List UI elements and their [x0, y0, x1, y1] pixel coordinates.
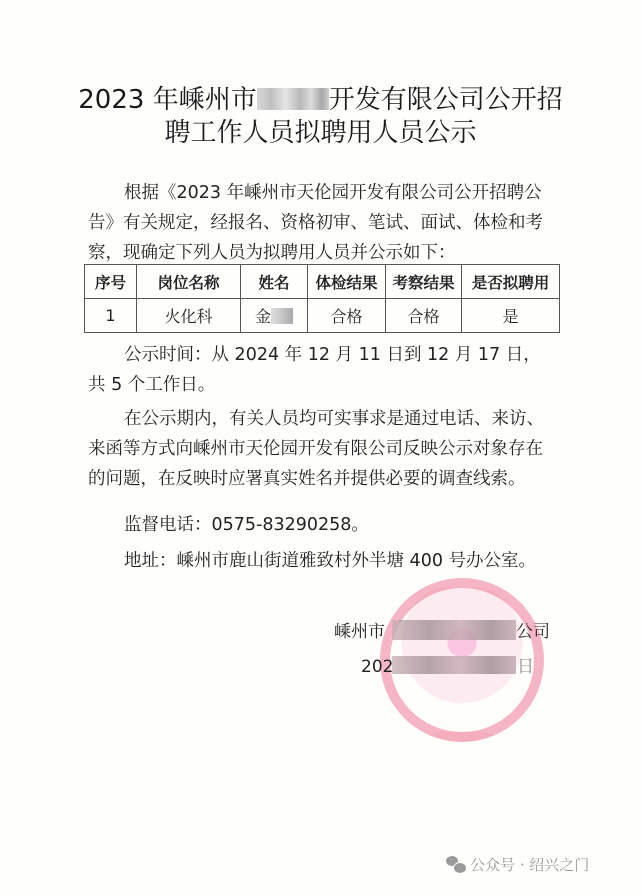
signature-org-suffix: 公司	[516, 620, 550, 644]
header-inspection: 考察结果	[386, 265, 462, 299]
intro-paragraph: 根据《2023 年嵊州市天伦园开发有限公司公开招聘公告》有关规定，经报名、资格初…	[88, 178, 558, 268]
signature-org-prefix: 嵊州市	[334, 620, 385, 644]
cell-inspection: 合格	[386, 299, 462, 333]
header-name: 姓名	[241, 265, 308, 299]
notice-title-line2: 聘工作人员拟聘用人员公示	[0, 115, 641, 151]
header-no: 序号	[85, 265, 137, 299]
redacted-name	[271, 308, 293, 324]
header-medical: 体检结果	[308, 265, 386, 299]
redacted-seal-date	[392, 656, 516, 674]
cell-name: 金	[241, 299, 308, 333]
header-hired: 是否拟聘用	[462, 265, 560, 299]
signature-date-prefix: 202	[361, 655, 393, 679]
table-row: 1 火化科 金 合格 合格 是	[85, 299, 560, 333]
title-suffix: 开发有限公司公开招	[329, 85, 563, 115]
signature-date-suffix: 日	[517, 655, 534, 679]
phone-line: 监督电话：0575-83290258。	[88, 510, 558, 540]
period-paragraph: 公示时间：从 2024 年 12 月 11 日到 12 月 17 日，共 5 个…	[88, 340, 558, 400]
title-prefix: 2023 年嵊州市	[78, 85, 256, 115]
redacted-seal-org	[392, 620, 516, 640]
cell-hired: 是	[462, 299, 560, 333]
notice-title-line1: 2023 年嵊州市开发有限公司公开招	[0, 82, 641, 118]
cell-no: 1	[85, 299, 137, 333]
cell-position: 火化科	[137, 299, 241, 333]
header-position: 岗位名称	[137, 265, 241, 299]
wechat-watermark: 公众号 · 绍兴之门	[446, 854, 589, 875]
wechat-icon	[446, 856, 466, 874]
table-header-row: 序号 岗位名称 姓名 体检结果 考察结果 是否拟聘用	[85, 265, 560, 299]
watermark-text: 公众号 · 绍兴之门	[470, 854, 589, 875]
hiring-table: 序号 岗位名称 姓名 体检结果 考察结果 是否拟聘用 1 火化科 金 合格 合格…	[84, 264, 560, 333]
cell-medical: 合格	[308, 299, 386, 333]
redacted-company-name	[257, 88, 329, 110]
name-visible: 金	[255, 307, 271, 326]
address-line: 地址：嵊州市鹿山街道雅致村外半塘 400 号办公室。	[88, 546, 558, 576]
feedback-paragraph: 在公示期内，有关人员均可实事求是通过电话、来访、来函等方式向嵊州市天伦园开发有限…	[88, 404, 558, 494]
